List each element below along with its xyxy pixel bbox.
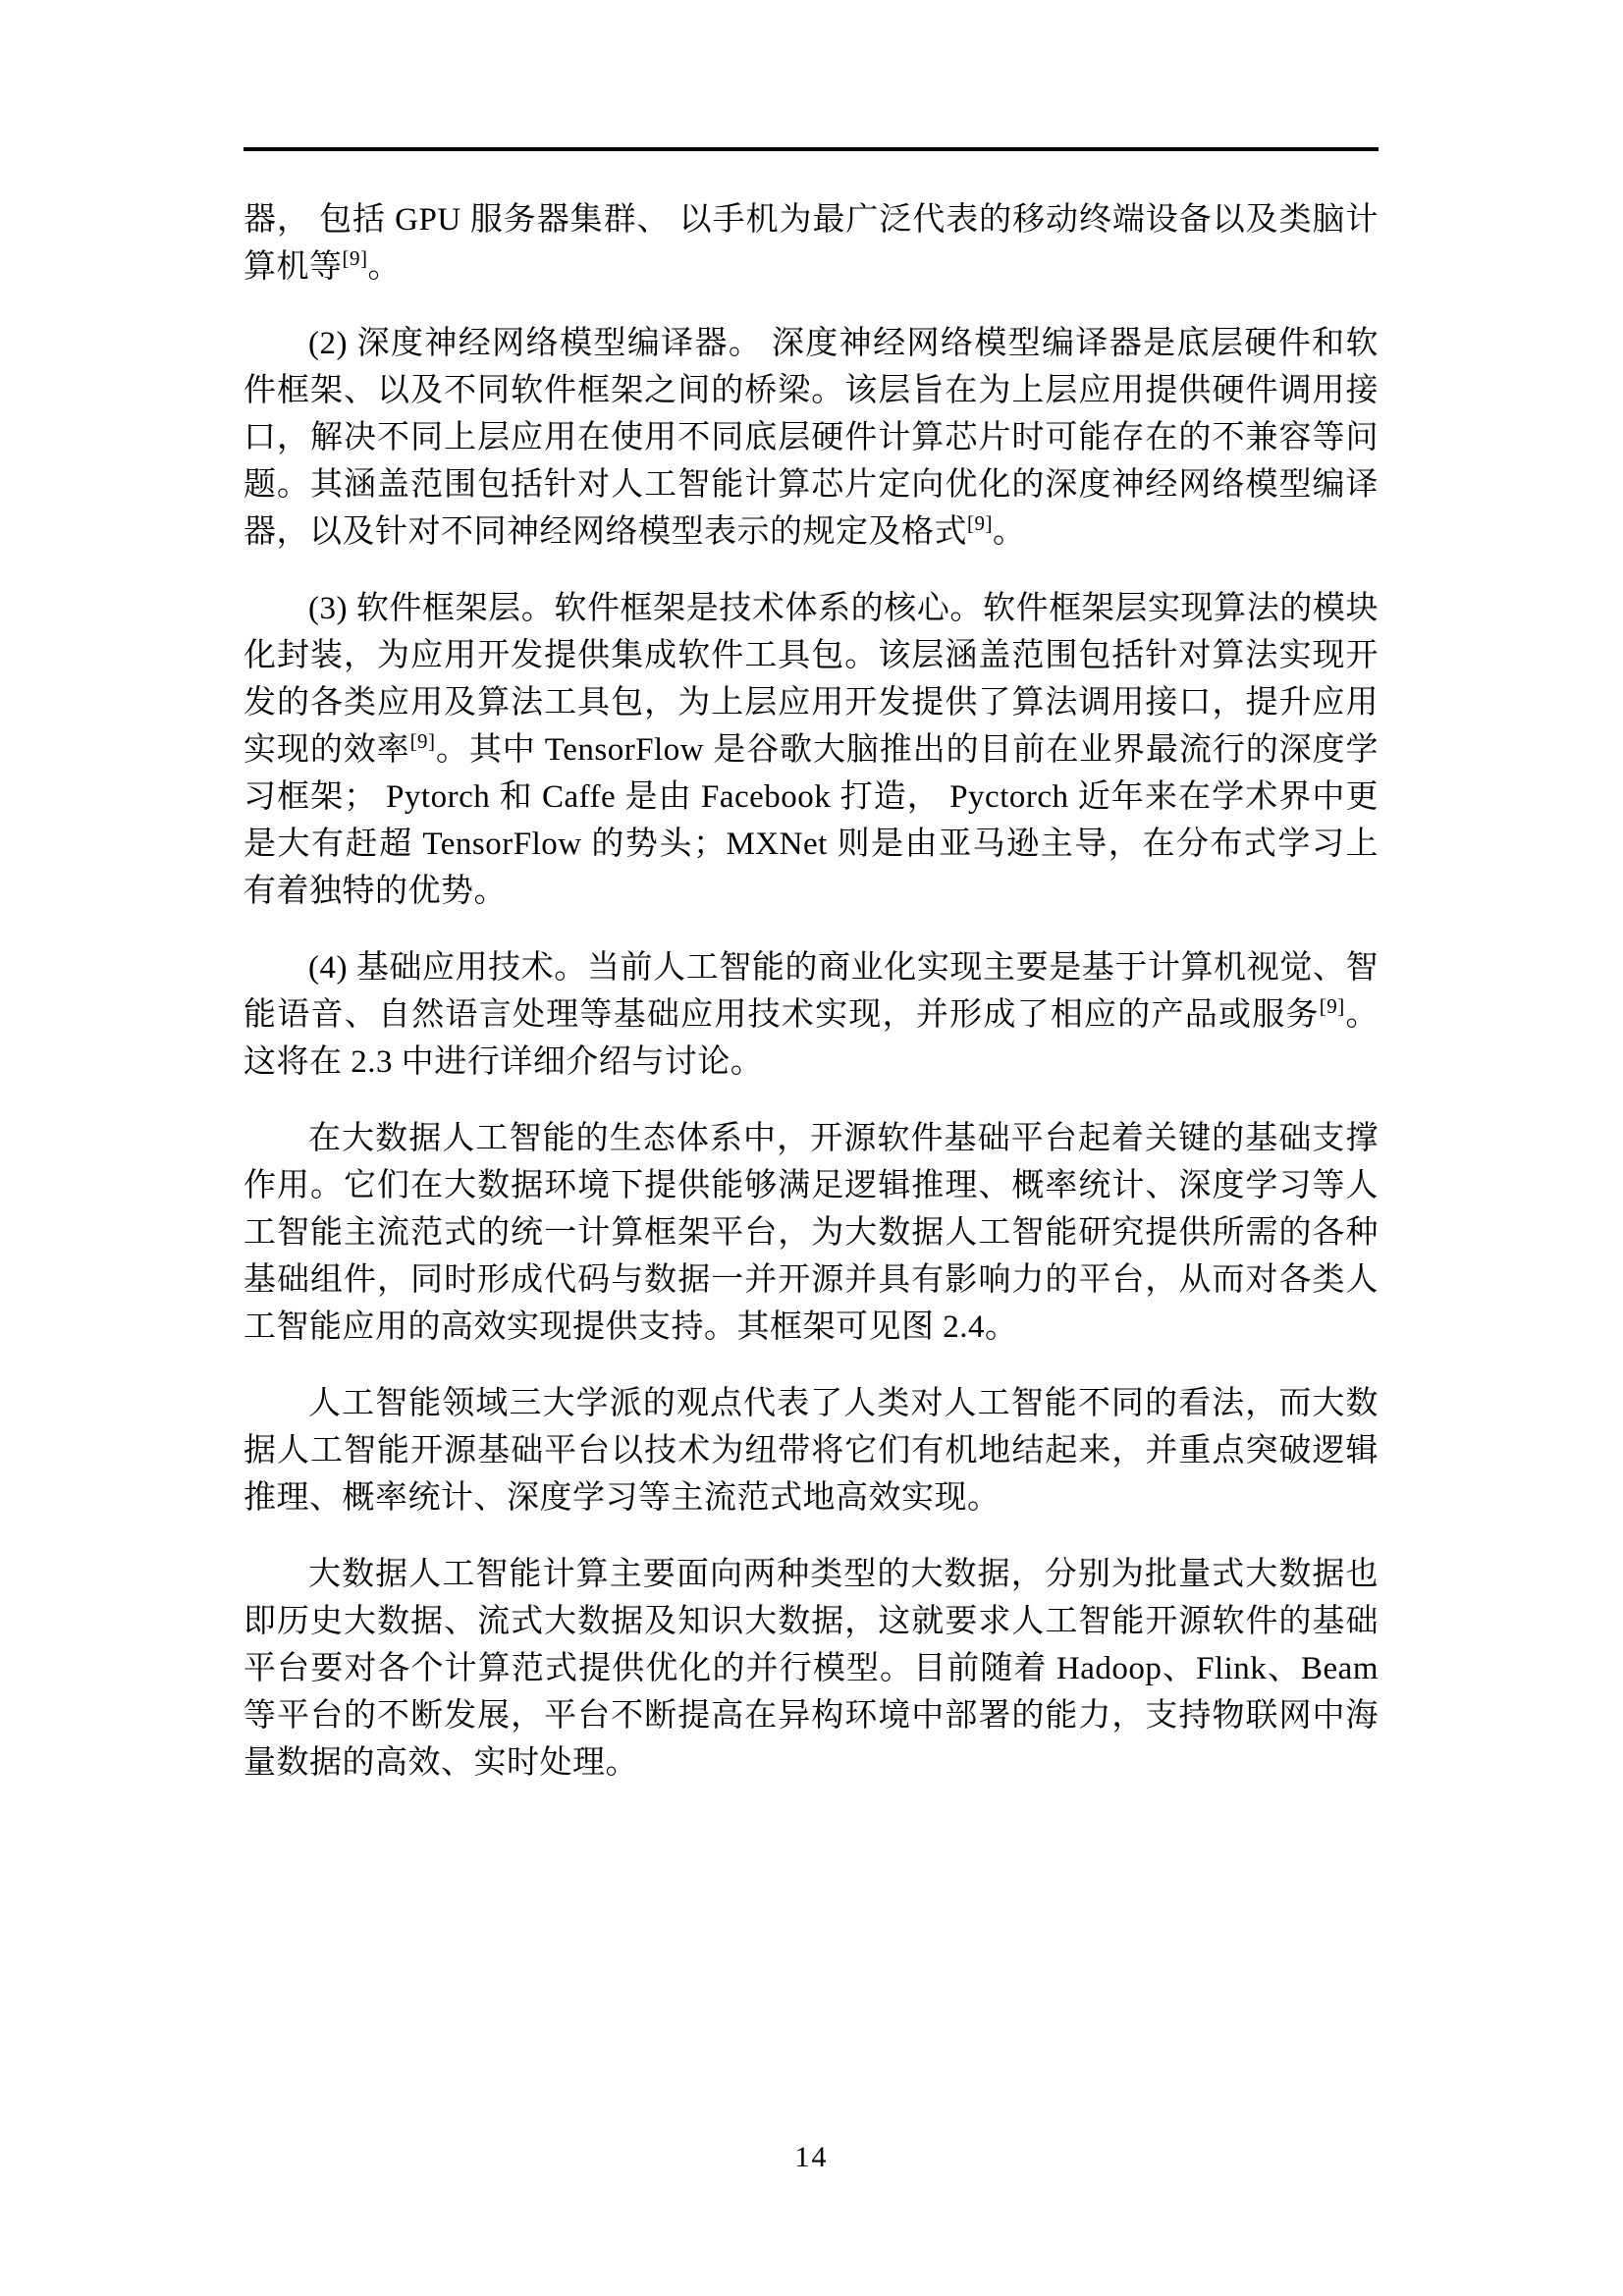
- page-body: 器， 包括 GPU 服务器集群、 以手机为最广泛代表的移动终端设备以及类脑计算机…: [243, 196, 1379, 1816]
- paragraph: 人工智能领域三大学派的观点代表了人类对人工智能不同的看法，而大数据人工智能开源基…: [243, 1380, 1379, 1522]
- document-page: 器， 包括 GPU 服务器集群、 以手机为最广泛代表的移动终端设备以及类脑计算机…: [0, 0, 1623, 2296]
- text-run: 在大数据人工智能的生态体系中，开源软件基础平台起着关键的基础支撑作用。它们在大数…: [243, 1121, 1379, 1345]
- paragraph: (4) 基础应用技术。当前人工智能的商业化实现主要是基于计算机视觉、智能语音、自…: [243, 944, 1379, 1086]
- citation-ref: [9]: [410, 729, 436, 753]
- text-run: 。其中 TensorFlow 是谷歌大脑推出的目前在业界最流行的深度学习框架； …: [243, 732, 1379, 909]
- citation-ref: [9]: [967, 511, 993, 535]
- text-run: (4) 基础应用技术。当前人工智能的商业化实现主要是基于计算机视觉、智能语音、自…: [243, 950, 1379, 1033]
- page-number: 14: [795, 2141, 829, 2173]
- paragraph: 大数据人工智能计算主要面向两种类型的大数据，分别为批量式大数据也即历史大数据、流…: [243, 1551, 1379, 1787]
- text-run: 。: [368, 249, 402, 285]
- text-run: 器， 包括 GPU 服务器集群、 以手机为最广泛代表的移动终端设备以及类脑计算机…: [243, 202, 1379, 285]
- paragraph: 在大数据人工智能的生态体系中，开源软件基础平台起着关键的基础支撑作用。它们在大数…: [243, 1115, 1379, 1351]
- text-run: 人工智能领域三大学派的观点代表了人类对人工智能不同的看法，而大数据人工智能开源基…: [243, 1386, 1379, 1516]
- paragraph: (2) 深度神经网络模型编译器。 深度神经网络模型编译器是底层硬件和软件框架、以…: [243, 320, 1379, 556]
- citation-ref: [9]: [1320, 994, 1345, 1018]
- text-run: 大数据人工智能计算主要面向两种类型的大数据，分别为批量式大数据也即历史大数据、流…: [243, 1557, 1379, 1781]
- citation-ref: [9]: [343, 246, 368, 270]
- body-paragraphs: 器， 包括 GPU 服务器集群、 以手机为最广泛代表的移动终端设备以及类脑计算机…: [243, 196, 1379, 1787]
- paragraph: (3) 软件框架层。软件框架是技术体系的核心。软件框架层实现算法的模块化封装，为…: [243, 585, 1379, 915]
- page-footer: 14: [0, 2140, 1623, 2175]
- header-rule: [243, 147, 1379, 151]
- text-run: 。: [993, 514, 1026, 550]
- text-run: (2) 深度神经网络模型编译器。 深度神经网络模型编译器是底层硬件和软件框架、以…: [243, 326, 1379, 550]
- paragraph: 器， 包括 GPU 服务器集群、 以手机为最广泛代表的移动终端设备以及类脑计算机…: [243, 196, 1379, 291]
